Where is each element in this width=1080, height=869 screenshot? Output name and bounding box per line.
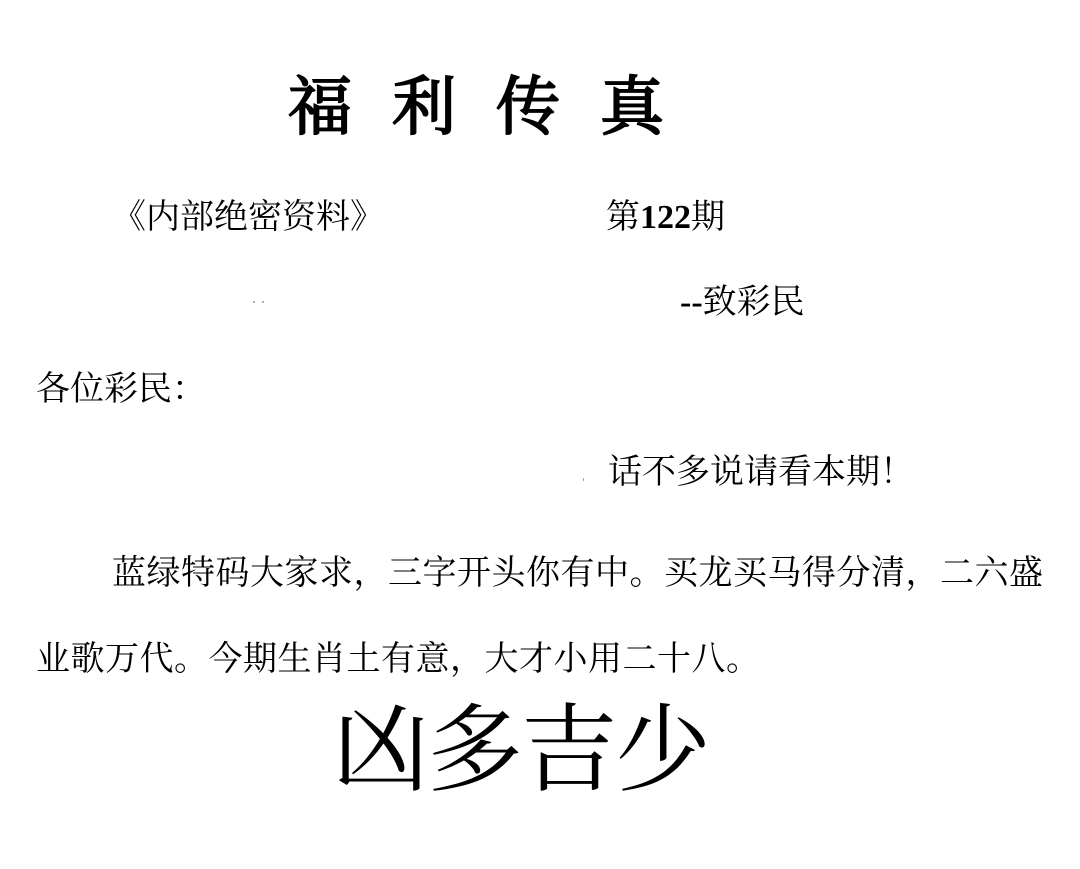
issue-suffix: 期 (691, 197, 725, 237)
greeting: 各位彩民： (36, 367, 206, 411)
scan-speck (583, 478, 584, 481)
addressee-line: --致彩民 (680, 280, 805, 325)
scan-speck (253, 301, 255, 303)
issue-value: 122 (640, 199, 691, 236)
issue-number: 第122期 (606, 195, 725, 240)
addressee-dash: -- (680, 284, 703, 321)
scan-speck (262, 301, 264, 303)
addressee-text: 致彩民 (703, 282, 805, 322)
poem-paragraph: 蓝绿特码大家求，三字开头你有中。买龙买马得分清，二六盛业歌万代。今期生肖土有意，… (36, 530, 1066, 702)
document-subtitle: 《内部绝密资料》 (112, 195, 384, 239)
document-title: 福利传真 (288, 68, 704, 148)
verdict-text: 凶多吉少 (333, 695, 709, 805)
issue-prefix: 第 (606, 197, 640, 237)
lead-line: 话不多说请看本期！ (608, 450, 914, 494)
